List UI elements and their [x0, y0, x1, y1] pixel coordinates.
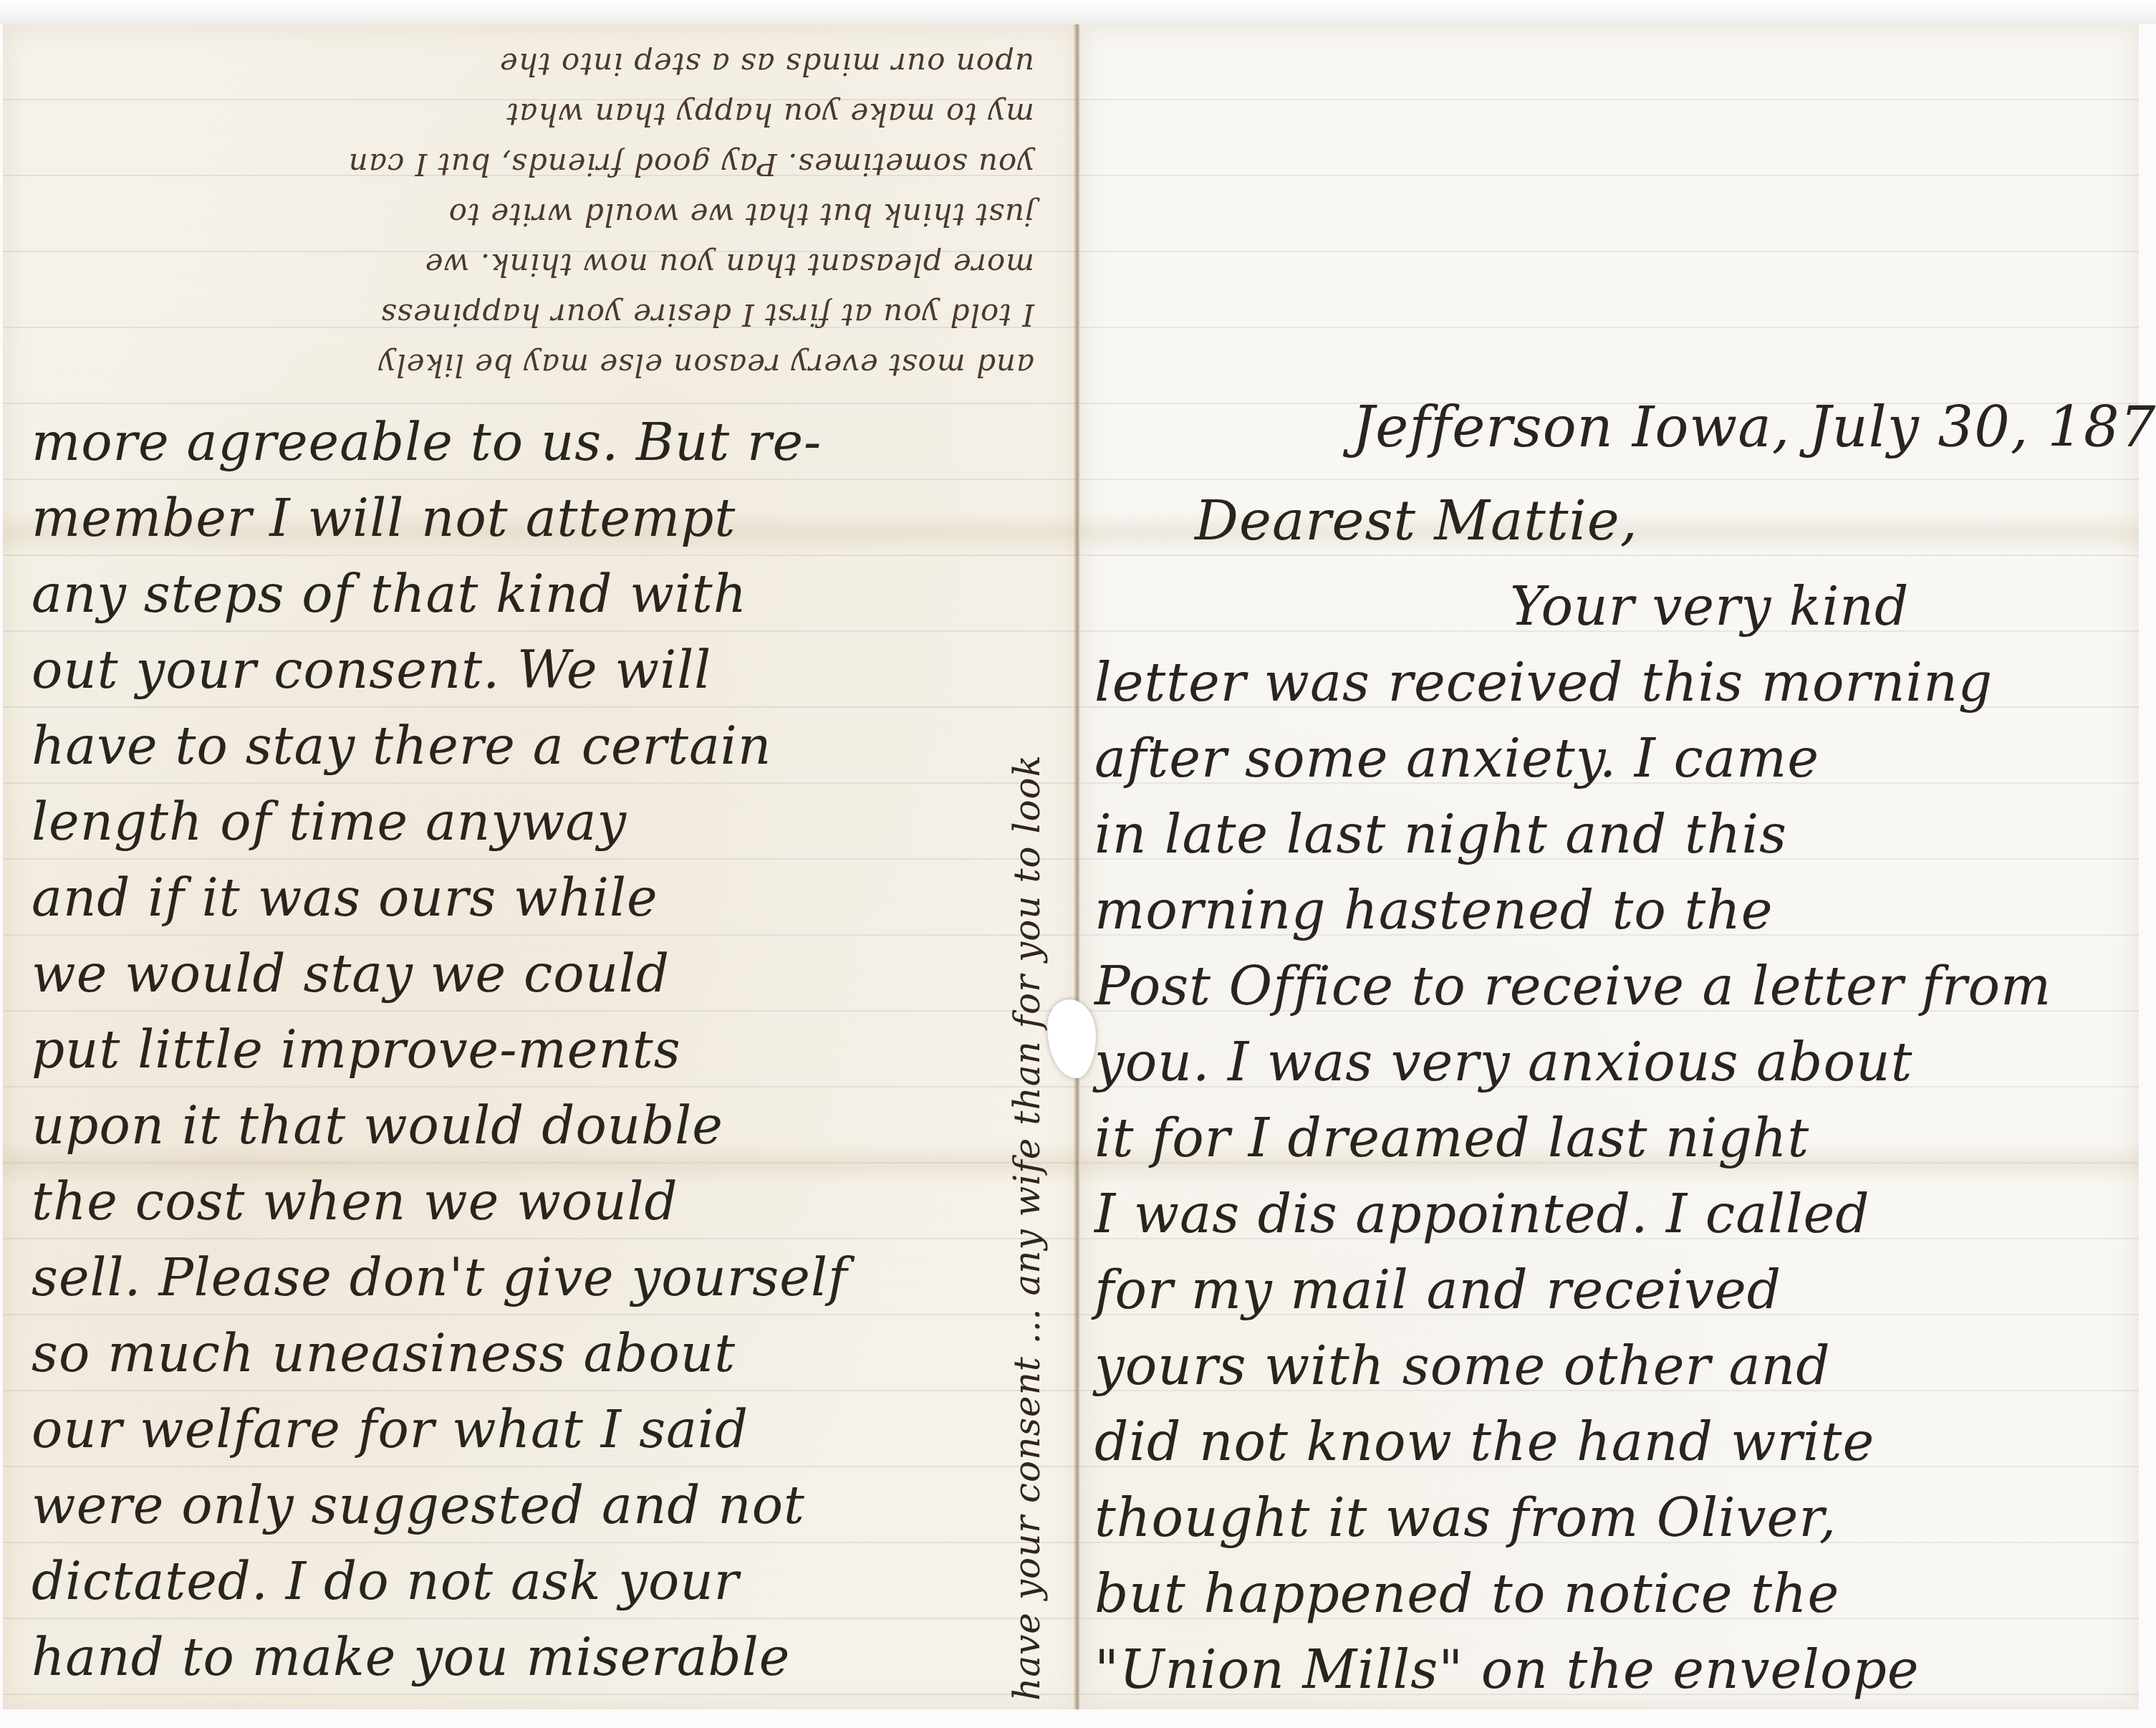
letter-line: the cost when we would [32, 1163, 678, 1239]
salutation: Dearest Mattie, [1195, 483, 1638, 559]
postscript-line: just think but that we would write to [24, 189, 1049, 239]
letter-line: for my mail and received [1094, 1252, 1781, 1328]
postscript-line: and most every reason else may be likely [24, 340, 1049, 390]
letter-line: did not know the hand write [1094, 1404, 1875, 1480]
letter-line: I was dis appointed. I called [1094, 1176, 1870, 1252]
scanner-border [0, 0, 2156, 24]
letter-line: more agreeable to us. But re- [32, 404, 822, 480]
letter-line: after some anxiety. I came [1094, 721, 1819, 797]
vertical-margin-note: have your consent ... any wife than for … [1006, 754, 1049, 1701]
letter-line: morning hastened to the [1094, 873, 1774, 949]
letter-line: member I will not attempt [32, 480, 736, 556]
letter-line: you. I was very anxious about [1094, 1024, 1912, 1100]
postscript-line: I told you at first I desire your happin… [24, 289, 1049, 340]
letter-line: sell. Please don't give yourself [32, 1239, 848, 1315]
letter-line: upon it that would double [32, 1088, 723, 1163]
letter-line: have to stay there a certain [32, 708, 771, 784]
letter-line: our welfare for what I said [32, 1391, 749, 1467]
letter-line: so much uneasiness about [32, 1315, 736, 1391]
letter-line: were only suggested and not [32, 1467, 805, 1543]
left-page: and most every reason else may be likely… [3, 24, 1079, 1709]
letter-line: we would stay we could [32, 936, 670, 1012]
right-page: IOWA Jefferson Iowa, July 30, 1874. Dear… [1080, 24, 2139, 1709]
postscript-line: my to make you happy than what [24, 89, 1049, 139]
letter-line: any steps of that kind with [32, 556, 747, 632]
letter-line: hand to make you miserable [32, 1619, 790, 1695]
inverted-postscript: and most every reason else may be likely… [24, 53, 1049, 390]
postscript-line: you sometimes. Pay good friends, but I c… [24, 139, 1049, 189]
letter-line: put little improve-ments [32, 1012, 681, 1088]
letter-line: out your consent. We will [32, 632, 711, 708]
postscript-line: more pleasant than you now think. we [24, 239, 1049, 289]
letter-line: letter was received this morning [1094, 645, 1993, 721]
letter-line: it for I dreamed last night [1094, 1100, 1809, 1176]
letter-line: "Union Mills" on the envelope [1094, 1632, 1920, 1708]
letter-line: but happened to notice the [1094, 1556, 1839, 1632]
letter-line: and if it was ours while [32, 860, 658, 936]
letter-line: yours with some other and [1094, 1328, 1831, 1404]
letter-line: length of time anyway [32, 784, 627, 860]
letter-line: dictated. I do not ask your [32, 1543, 739, 1619]
letter-line: in late last night and this [1094, 797, 1787, 873]
dateline: Jefferson Iowa, July 30, 1874. [1352, 390, 2156, 466]
letter-line: Post Office to receive a letter from [1094, 949, 2051, 1024]
postscript-line: upon our minds as a step into the [24, 39, 1049, 89]
letter-line: thought it was from Oliver, [1094, 1480, 1837, 1556]
letter-line: Your very kind [1510, 569, 1909, 645]
